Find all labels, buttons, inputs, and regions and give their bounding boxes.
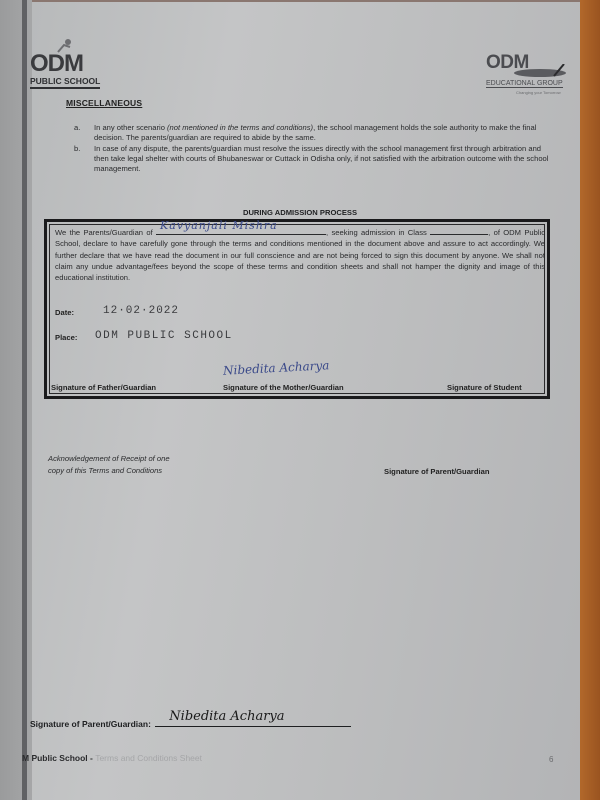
mother-signature-label: Signature of the Mother/Guardian <box>223 383 344 392</box>
logo-left-subtitle: PUBLIC SCHOOL <box>30 76 100 89</box>
page-footer: M Public School - Terms and Conditions S… <box>22 753 202 763</box>
misc-item-a: a. In any other scenario (not mentioned … <box>74 123 554 144</box>
list-marker: b. <box>74 144 80 154</box>
logo-left-title: ODM <box>30 50 83 78</box>
binding-spine <box>22 0 27 800</box>
place-row: Place: ODM PUBLIC SCHOOL <box>55 333 77 342</box>
father-signature-label: Signature of Father/Guardian <box>51 383 156 392</box>
logo-right-subtitle: EDUCATIONAL GROUP <box>486 80 563 88</box>
student-name-field[interactable]: Kavyanjali Mishra <box>156 225 326 235</box>
logo-swoosh-pen-icon <box>506 64 570 78</box>
date-label: Date: <box>55 308 74 317</box>
class-field[interactable] <box>430 226 488 235</box>
misc-item-b: b. In case of any dispute, the parents/g… <box>74 144 554 175</box>
place-value: ODM PUBLIC SCHOOL <box>95 330 233 342</box>
acknowledgement-line-1: Acknowledgement of Receipt of one <box>48 453 248 465</box>
admission-heading: DURING ADMISSION PROCESS <box>0 208 600 217</box>
date-value: 12·02·2022 <box>103 305 179 317</box>
footer-school: M Public School - <box>22 753 95 763</box>
declaration-part: , seeking admission in Class <box>326 228 430 237</box>
misc-text: In any other scenario <box>94 123 167 132</box>
student-signature-label: Signature of Student <box>447 383 522 392</box>
declaration-box: We the Parents/Guardian of Kavyanjali Mi… <box>44 219 550 399</box>
miscellaneous-heading: MISCELLANEOUS <box>66 98 142 108</box>
bottom-signature-field[interactable]: Nibedita Acharya <box>155 716 351 727</box>
background-left <box>0 0 34 800</box>
list-marker: a. <box>74 123 80 133</box>
background-table-edge <box>578 0 600 800</box>
document-page <box>32 2 580 800</box>
student-name-handwritten: Kavyanjali Mishra <box>160 220 278 231</box>
place-label: Place: <box>55 333 77 342</box>
footer-doc-title: Terms and Conditions Sheet <box>95 753 202 763</box>
miscellaneous-list: a. In any other scenario (not mentioned … <box>74 123 554 174</box>
bottom-signature-handwritten: Nibedita Acharya <box>169 709 284 724</box>
misc-text: In case of any dispute, the parents/guar… <box>94 144 548 174</box>
acknowledgement-text: Acknowledgement of Receipt of one copy o… <box>48 453 248 477</box>
declaration-text: We the Parents/Guardian of Kavyanjali Mi… <box>55 225 545 283</box>
acknowledgement-line-2: copy of this Terms and Conditions <box>48 465 248 477</box>
declaration-part: We the Parents/Guardian of <box>55 228 156 237</box>
parent-signature-label: Signature of Parent/Guardian <box>384 467 490 476</box>
misc-text-italic: (not mentioned in the terms and conditio… <box>167 123 313 132</box>
odm-public-school-logo: ODM PUBLIC SCHOOL <box>30 38 90 94</box>
logo-right-tagline: Changing your Tomorrow <box>516 90 561 95</box>
date-row: Date: 12·02·2022 <box>55 308 74 317</box>
odm-educational-group-logo: ODM EDUCATIONAL GROUP Changing your Tomo… <box>486 52 578 100</box>
bottom-signature-row: Signature of Parent/Guardian: Nibedita A… <box>30 716 351 729</box>
bottom-signature-label: Signature of Parent/Guardian: <box>30 719 151 729</box>
page-number: 6 <box>549 755 553 764</box>
